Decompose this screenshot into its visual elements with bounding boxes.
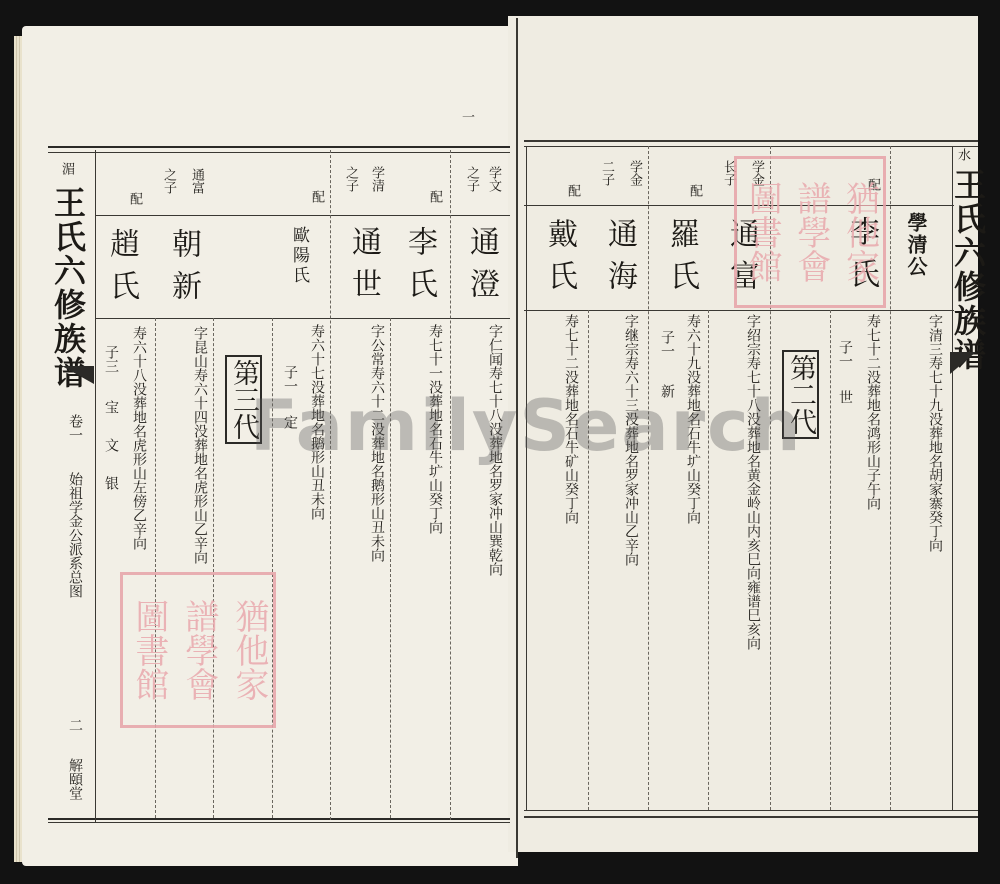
spouse-label: 配 — [566, 184, 579, 197]
col-rule — [648, 146, 649, 810]
page-number: 二 — [68, 718, 82, 732]
children-label: 子三 — [104, 345, 118, 373]
relation-top: 学文 — [487, 166, 500, 192]
ancestor-detail: 字清三寿七十九没葬地名胡家寨癸丁向 — [928, 314, 942, 552]
book-title-prefix: 湄 — [60, 162, 73, 175]
relation-bottom: 之子 — [162, 168, 175, 194]
spouse-label: 配 — [688, 184, 701, 197]
left-top-rule — [48, 152, 510, 153]
section-label: 始祖学金公派系总图 — [68, 472, 82, 598]
relation-top: 通富 — [190, 168, 203, 194]
spouse-detail: 寿七十二没葬地名鸿形山子午向 — [866, 314, 880, 510]
member-name: 朝新 — [168, 228, 198, 312]
spouse-name: 趙氏 — [106, 228, 136, 312]
relation-bottom: 之子 — [344, 166, 357, 192]
member-name: 通海 — [604, 218, 634, 302]
fishtail-mark — [950, 352, 976, 374]
spouse-name: 戴氏 — [544, 218, 574, 302]
left-margin-line — [95, 150, 96, 822]
spouse-detail: 寿六十八没葬地名虎形山左傍乙辛向 — [132, 326, 146, 550]
children-names: 宝 文 银 — [104, 400, 118, 494]
seal-text: 圖書館 — [743, 181, 779, 283]
spouse-label: 配 — [128, 192, 141, 205]
volume-label: 卷一 — [68, 414, 82, 442]
relation-bottom: 二子 — [600, 160, 613, 186]
col-rule — [526, 146, 527, 810]
col-rule — [155, 318, 156, 818]
book-title-prefix: 水 — [956, 148, 969, 161]
member-name: 通澄 — [466, 226, 496, 310]
spouse-name: 羅氏 — [666, 218, 696, 302]
left-bottom-rule — [48, 822, 510, 823]
col-rule — [330, 150, 331, 820]
children-label: 子一 — [838, 340, 852, 368]
book-title: 王氏六修族谱 — [52, 186, 84, 390]
seal-text: 圖書館 — [130, 599, 166, 701]
children-names: 世 — [838, 390, 852, 404]
spouse-label: 配 — [310, 190, 323, 203]
library-seal: 圖書館 譜學會 猶他家 — [734, 156, 886, 308]
col-rule — [450, 150, 451, 820]
spouse-name: 李氏 — [404, 226, 434, 310]
member-name: 通世 — [348, 226, 378, 310]
relation-bottom: 之子 — [465, 166, 478, 192]
spouse-name: 歐陽氏 — [290, 226, 307, 286]
relation-top: 学金 — [628, 160, 641, 186]
member-detail: 字昆山寿六十四没葬地名虎形山乙辛向 — [193, 326, 207, 564]
fishtail-mark — [62, 366, 94, 384]
right-top-rule — [524, 140, 978, 142]
spouse-label: 配 — [428, 190, 441, 203]
library-seal: 圖書館 譜學會 猶他家 — [120, 572, 276, 728]
right-top-rule-2 — [524, 146, 978, 147]
children-label: 子一 — [660, 330, 674, 358]
seal-text: 譜學會 — [792, 181, 828, 283]
col-rule — [890, 146, 891, 810]
right-bottom-rule — [524, 810, 978, 811]
watermark: FamilySearch — [250, 385, 803, 467]
seal-text: 猶他家 — [230, 599, 266, 701]
member-detail: 字绍宗寿七十八没葬地名黄金岭山内亥巳向雍谱巳亥向 — [746, 314, 760, 650]
left-name-rule — [95, 318, 510, 319]
left-relation-rule — [95, 215, 510, 216]
ancestor-name: 學清公 — [906, 212, 926, 278]
book-title: 王氏六修族谱 — [952, 168, 984, 372]
right-bottom-rule-2 — [524, 816, 978, 818]
seal-text: 譜學會 — [180, 599, 216, 701]
relation-top: 学清 — [370, 166, 383, 192]
col-rule — [213, 318, 214, 818]
hall-name: 解頤堂 — [68, 758, 82, 800]
seal-text: 猶他家 — [841, 181, 877, 283]
top-mark: 一 — [460, 110, 473, 123]
col-rule — [830, 310, 831, 810]
